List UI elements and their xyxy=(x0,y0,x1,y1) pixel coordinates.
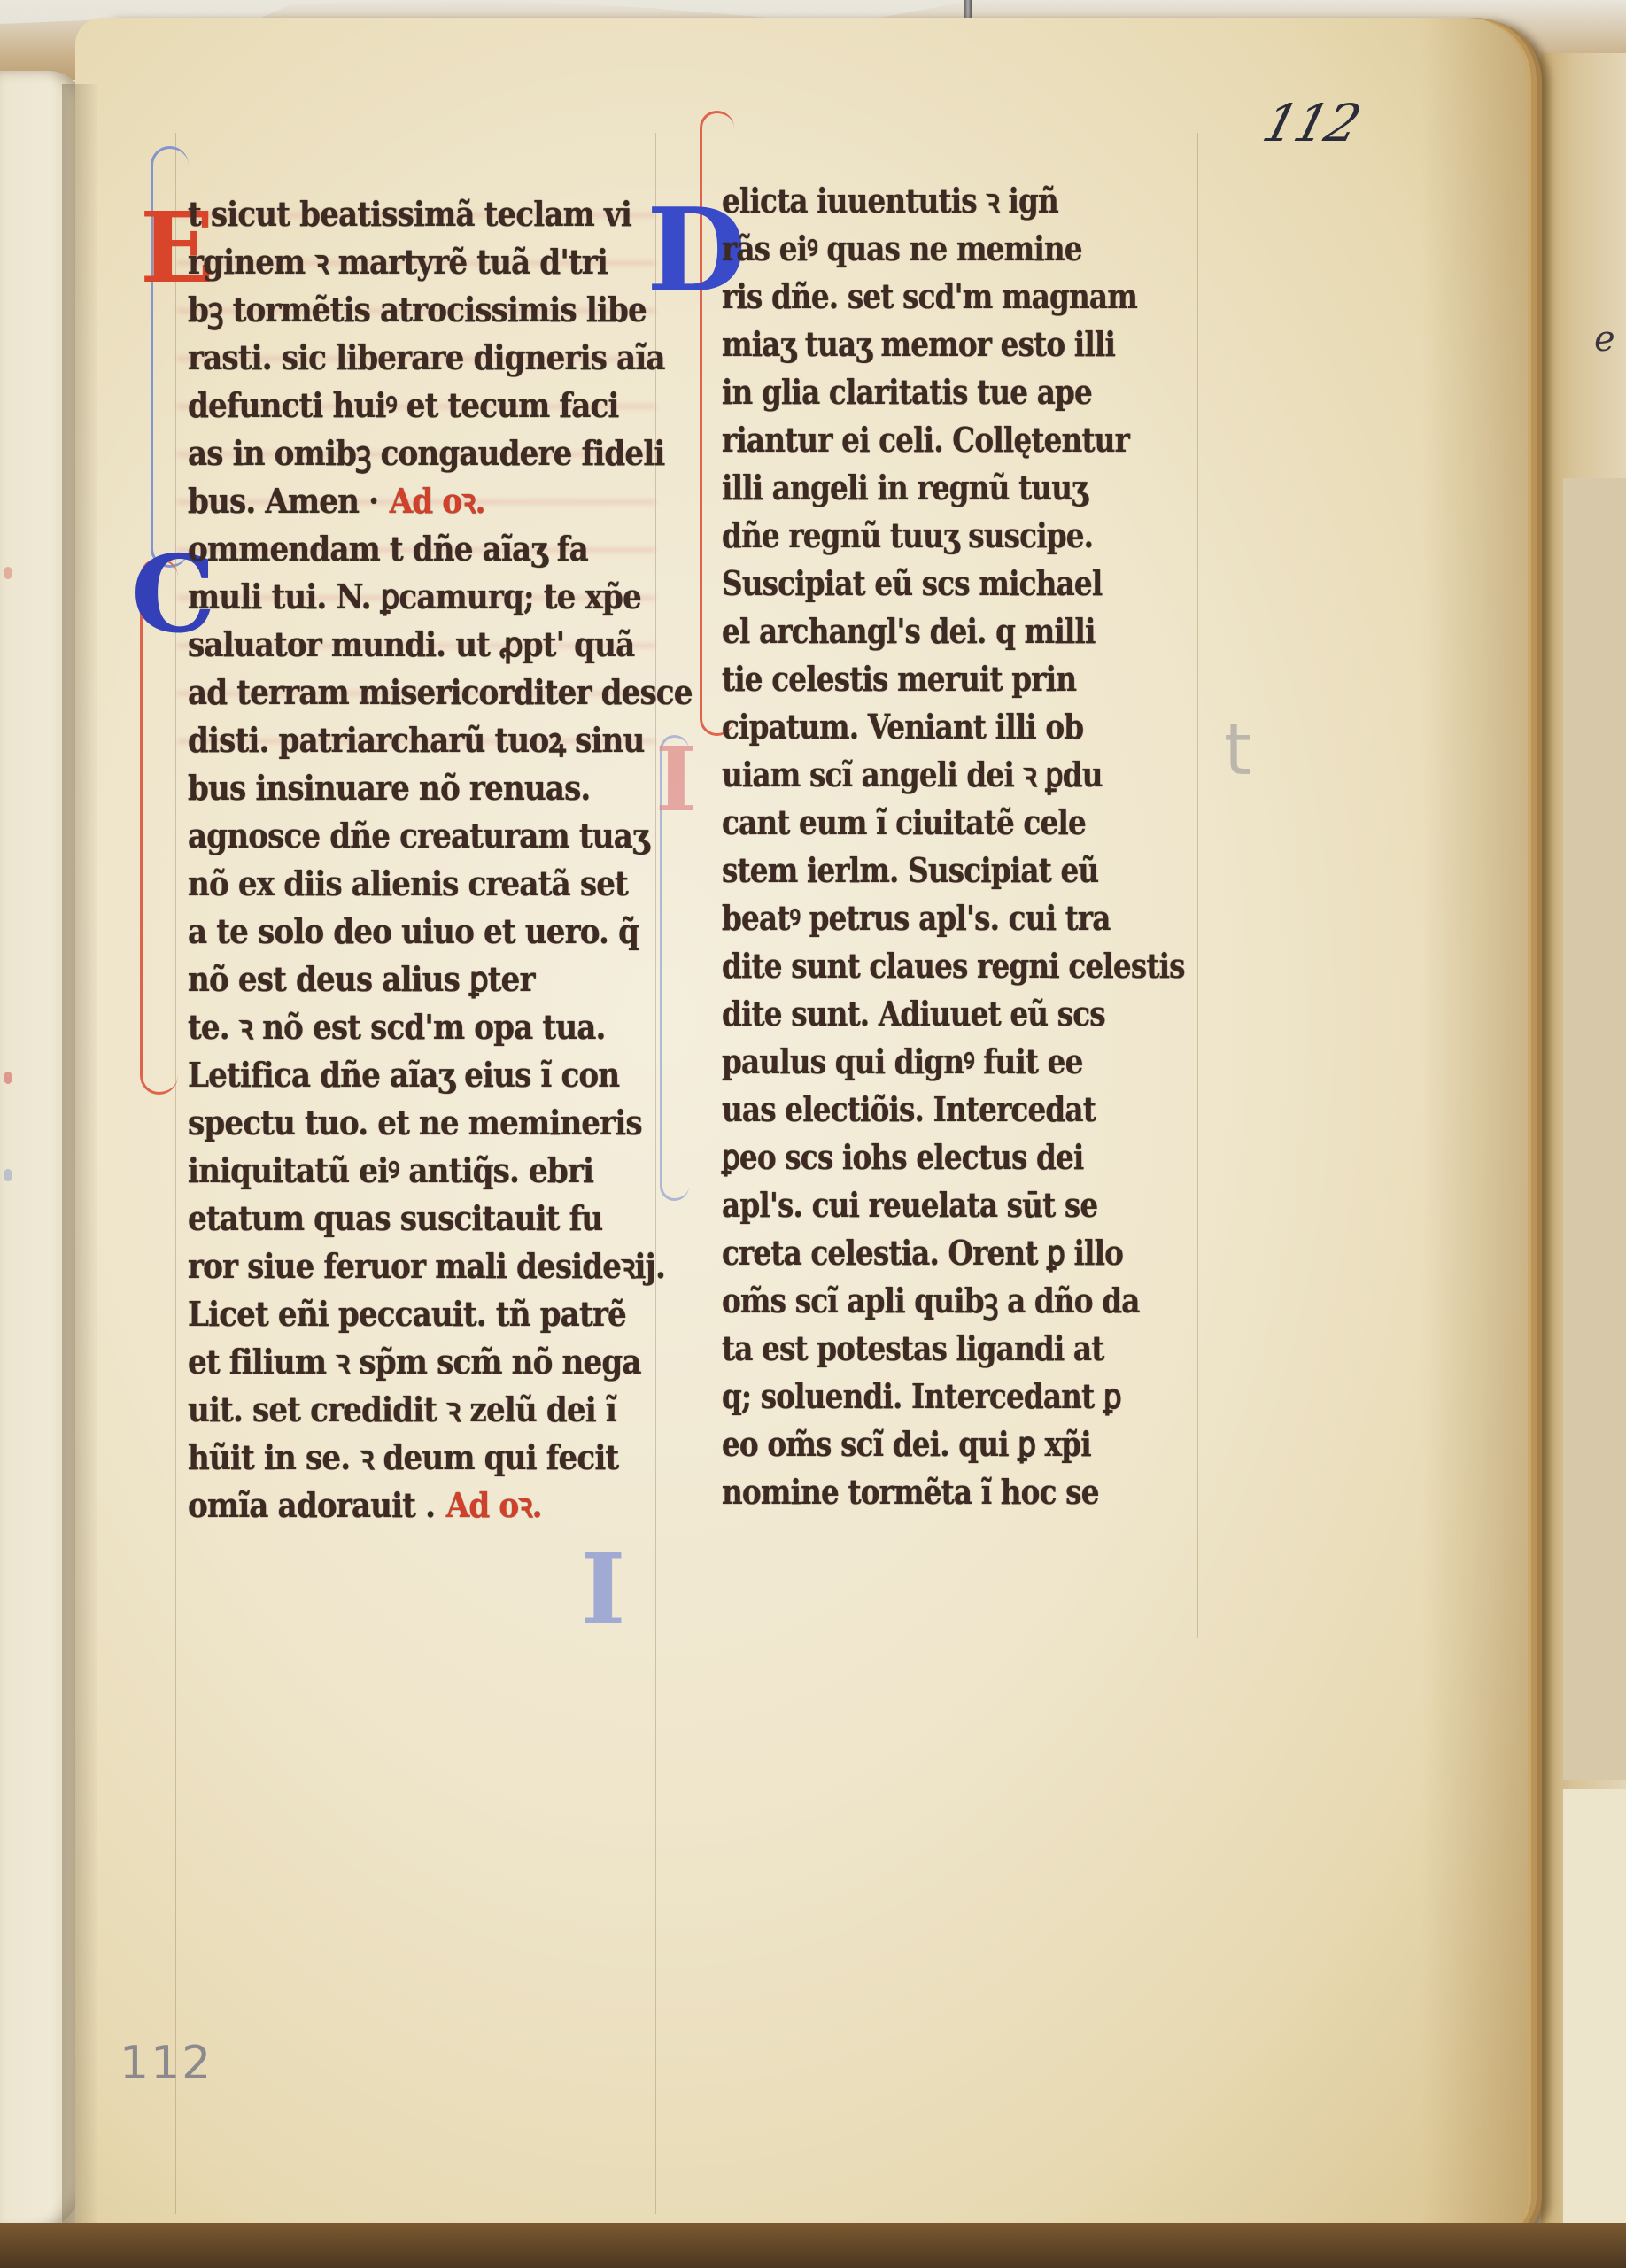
line-text: Letifica dñe aĩaʒ eius ĩ con xyxy=(188,1055,619,1095)
manuscript-line: dite sunt claues regni celestis xyxy=(722,942,1133,990)
line-text: eo om̃s scĩ dei. qui ꝑ xp̃i xyxy=(722,1424,1091,1464)
ink-trace xyxy=(4,1072,12,1084)
line-text: cant eum ĩ ciuitatẽ cele xyxy=(722,802,1086,842)
line-text: as in omibꝫ congaudere fideli xyxy=(188,433,664,473)
manuscript-line: defuncti huiꝰ et tecum faci xyxy=(188,382,618,430)
rubric-text: Ad oꝛ. xyxy=(446,1485,542,1525)
line-text: creta celestia. Orent ꝑ illo xyxy=(722,1233,1123,1273)
manuscript-line: ad terram misericorditer desce xyxy=(188,669,618,716)
line-text: uas electiõis. Intercedat xyxy=(722,1089,1096,1129)
manuscript-line: illi angeli in regnũ tuuʒ xyxy=(722,464,1133,512)
line-text: beatꝰ petrus apl's. cui tra xyxy=(722,898,1111,938)
line-text: rginem ꝛ martyrẽ tuã d'tri xyxy=(188,242,608,282)
manuscript-line: cant eum ĩ ciuitatẽ cele xyxy=(722,799,1133,847)
line-text: dite sunt. Adiuuet eũ scs xyxy=(722,994,1105,1033)
manuscript-line: riantur ei celi. Collętentur xyxy=(722,416,1133,464)
line-text: om̃s scĩ apli quibꝫ a dño da xyxy=(722,1281,1140,1320)
manuscript-line: creta celestia. Orent ꝑ illo xyxy=(722,1229,1133,1277)
line-text: Suscipiat eũ scs michael xyxy=(722,563,1102,603)
line-text: q; soluendi. Intercedant ꝑ xyxy=(722,1376,1121,1416)
line-text: et filium ꝛ sp̃m scm̃ nõ nega xyxy=(188,1342,641,1382)
manuscript-line: beatꝰ petrus apl's. cui tra xyxy=(722,894,1133,942)
line-text: illi angeli in regnũ tuuʒ xyxy=(722,468,1088,507)
fore-edge-note: e xyxy=(1594,319,1615,360)
manuscript-line: disti. patriarcharũ tuoꝝ sinu xyxy=(188,716,618,764)
line-text: apl's. cui reuelata sūt se xyxy=(722,1185,1097,1225)
pencil-folio-number: 112 xyxy=(120,2037,213,2090)
manuscript-line: nõ est deus alius ꝑter xyxy=(188,956,618,1003)
line-text: omĩa adorauit . xyxy=(188,1485,435,1525)
manuscript-line: saluator mundi. ut ꝓpt' quã xyxy=(188,621,618,669)
line-text: paulus qui dignꝰ fuit ee xyxy=(722,1041,1083,1081)
line-text: nõ ex diis alienis creatã set xyxy=(188,863,628,903)
line-text: spectu tuo. et ne memineris xyxy=(188,1103,642,1142)
line-text: bus insinuare nõ renuas. xyxy=(188,768,590,808)
manuscript-line: el archangl's dei. q milli xyxy=(722,608,1133,655)
line-text: cipatum. Veniant illi ob xyxy=(722,707,1083,747)
backing-panel xyxy=(1563,1789,1626,2249)
manuscript-line: elicta iuuentutis ꝛ igñ xyxy=(722,177,1133,225)
manuscript-line: q; soluendi. Intercedant ꝑ xyxy=(722,1373,1133,1420)
manuscript-line: muli tui. N. ꝑcamurq; te xp̃e xyxy=(188,573,618,621)
text-column-a: t sicut beatissimã teclam virginem ꝛ mar… xyxy=(188,190,666,1529)
line-text: ad terram misericorditer desce xyxy=(188,672,693,712)
rubric-text: Ad oꝛ. xyxy=(390,481,485,521)
manuscript-line: spectu tuo. et ne memineris xyxy=(188,1099,618,1147)
manuscript-line: rasti. sic liberare digneris aĩa xyxy=(188,334,618,382)
line-text: ꝑeo scs iohs electus dei xyxy=(722,1137,1083,1177)
line-text: stem ierlm. Suscipiat eũ xyxy=(722,850,1098,890)
manuscript-line: iniquitatũ eiꝰ antiq̃s. ebri xyxy=(188,1147,618,1195)
line-text: miaʒ tuaʒ memor esto illi xyxy=(722,324,1115,364)
manuscript-line: uiam scĩ angeli dei ꝛ ꝑdu xyxy=(722,751,1133,799)
manuscript-line: agnosce dñe creaturam tuaʒ xyxy=(188,812,618,860)
line-text: defuncti huiꝰ et tecum faci xyxy=(188,385,619,425)
line-text: rãs eiꝰ quas ne memine xyxy=(722,228,1082,268)
line-text: Licet eñi peccauit. tñ patrẽ xyxy=(188,1294,626,1334)
manuscript-line: bus. Amen ·Ad oꝛ. xyxy=(188,477,618,525)
backing-panel xyxy=(1563,478,1626,1780)
line-text: ta est potestas ligandi at xyxy=(722,1328,1103,1368)
line-text: dite sunt claues regni celestis xyxy=(722,946,1185,986)
manuscript-line: dite sunt. Adiuuet eũ scs xyxy=(722,990,1133,1038)
manuscript-line: bꝫ tormẽtis atrocissimis libe xyxy=(188,286,618,334)
manuscript-line: ta est potestas ligandi at xyxy=(722,1325,1133,1373)
manuscript-line: etatum quas suscitauit fu xyxy=(188,1195,618,1242)
line-text: tie celestis meruit prin xyxy=(722,659,1076,699)
line-text: hũit in se. ꝛ deum qui fecit xyxy=(188,1437,618,1477)
line-text: in glia claritatis tue ape xyxy=(722,372,1092,412)
manuscript-line: omĩa adorauit .Ad oꝛ. xyxy=(188,1482,618,1529)
line-text: bꝫ tormẽtis atrocissimis libe xyxy=(188,290,647,329)
manuscript-line: rginem ꝛ martyrẽ tuã d'tri xyxy=(188,238,618,286)
manuscript-line: ꝑeo scs iohs electus dei xyxy=(722,1134,1133,1181)
manuscript-line: t sicut beatissimã teclam vi xyxy=(188,190,618,238)
manuscript-line: nõ ex diis alienis creatã set xyxy=(188,860,618,908)
manuscript-line: rãs eiꝰ quas ne memine xyxy=(722,225,1133,273)
manuscript-line: dñe regnũ tuuʒ suscipe. xyxy=(722,512,1133,560)
gutter-shadow xyxy=(62,84,97,2227)
line-text: ommendam t dñe aĩaʒ fa xyxy=(188,529,588,569)
marginal-initial-i: I xyxy=(580,1541,625,1638)
pencil-margin-mark: t xyxy=(1224,708,1251,791)
manuscript-line: nomine tormẽta ĩ hoc se xyxy=(722,1468,1133,1516)
manuscript-line: in glia claritatis tue ape xyxy=(722,368,1133,416)
line-text: disti. patriarcharũ tuoꝝ sinu xyxy=(188,720,644,760)
manuscript-line: hũit in se. ꝛ deum qui fecit xyxy=(188,1434,618,1482)
manuscript-line: stem ierlm. Suscipiat eũ xyxy=(722,847,1133,894)
line-text: iniquitatũ eiꝰ antiq̃s. ebri xyxy=(188,1150,593,1190)
manuscript-line: uas electiõis. Intercedat xyxy=(722,1086,1133,1134)
manuscript-line: eo om̃s scĩ dei. qui ꝑ xp̃i xyxy=(722,1420,1133,1468)
folio-number: 112 xyxy=(1257,93,1366,153)
manuscript-line: ommendam t dñe aĩaʒ fa xyxy=(188,525,618,573)
manuscript-line: bus insinuare nõ renuas. xyxy=(188,764,618,812)
line-text: a te solo deo uiuo et uero. q̃ xyxy=(188,911,639,951)
manuscript-line: as in omibꝫ congaudere fideli xyxy=(188,430,618,477)
line-text: etatum quas suscitauit fu xyxy=(188,1198,602,1238)
line-text: nõ est deus alius ꝑter xyxy=(188,959,535,999)
line-text: te. ꝛ nõ est scd'm opa tua. xyxy=(188,1007,606,1047)
manuscript-line: tie celestis meruit prin xyxy=(722,655,1133,703)
line-text: uit. set credidit ꝛ zelũ dei ĩ xyxy=(188,1389,616,1429)
line-text: t sicut beatissimã teclam vi xyxy=(188,194,631,234)
line-text: saluator mundi. ut ꝓpt' quã xyxy=(188,624,634,664)
manuscript-line: cipatum. Veniant illi ob xyxy=(722,703,1133,751)
ink-trace xyxy=(4,567,12,579)
manuscript-line: Letifica dñe aĩaʒ eius ĩ con xyxy=(188,1051,618,1099)
manuscript-line: miaʒ tuaʒ memor esto illi xyxy=(722,321,1133,368)
manuscript-line: Licet eñi peccauit. tñ patrẽ xyxy=(188,1290,618,1338)
manuscript-line: om̃s scĩ apli quibꝫ a dño da xyxy=(722,1277,1133,1325)
fore-edge: e xyxy=(1541,53,1626,2249)
line-text: ror siue feruor mali desideꝛij. xyxy=(188,1246,665,1286)
manuscript-line: a te solo deo uiuo et uero. q̃ xyxy=(188,908,618,956)
line-text: ris dñe. set scd'm magnam xyxy=(722,276,1137,316)
text-column-b: elicta iuuentutis ꝛ igñrãs eiꝰ quas ne m… xyxy=(722,177,1200,1516)
manuscript-line: ris dñe. set scd'm magnam xyxy=(722,273,1133,321)
manuscript-line: te. ꝛ nõ est scd'm opa tua. xyxy=(188,1003,618,1051)
line-text: uiam scĩ angeli dei ꝛ ꝑdu xyxy=(722,755,1103,794)
manuscript-line: uit. set credidit ꝛ zelũ dei ĩ xyxy=(188,1386,618,1434)
line-text: el archangl's dei. q milli xyxy=(722,611,1096,651)
manuscript-line: apl's. cui reuelata sūt se xyxy=(722,1181,1133,1229)
manuscript-line: et filium ꝛ sp̃m scm̃ nõ nega xyxy=(188,1338,618,1386)
line-text: riantur ei celi. Collętentur xyxy=(722,420,1129,460)
manuscript-line: ror siue feruor mali desideꝛij. xyxy=(188,1242,618,1290)
manuscript-line: paulus qui dignꝰ fuit ee xyxy=(722,1038,1133,1086)
line-text: elicta iuuentutis ꝛ igñ xyxy=(722,181,1058,221)
binding-bottom xyxy=(0,2223,1626,2268)
line-text: bus. Amen · xyxy=(188,481,378,521)
manuscript-line: Suscipiat eũ scs michael xyxy=(722,560,1133,608)
ink-trace xyxy=(4,1169,12,1181)
line-text: nomine tormẽta ĩ hoc se xyxy=(722,1472,1099,1512)
line-text: muli tui. N. ꝑcamurq; te xp̃e xyxy=(188,577,641,616)
line-text: agnosce dñe creaturam tuaʒ xyxy=(188,816,648,855)
line-text: rasti. sic liberare digneris aĩa xyxy=(188,337,665,377)
line-text: dñe regnũ tuuʒ suscipe. xyxy=(722,515,1093,555)
